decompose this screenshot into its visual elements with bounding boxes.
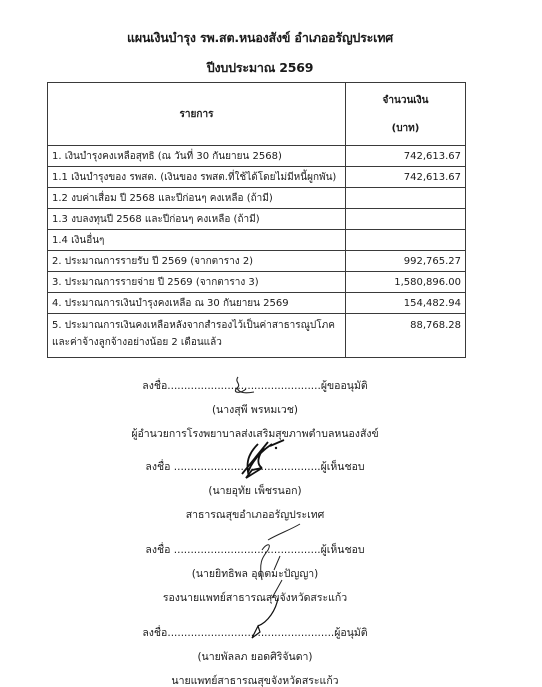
dotted-line: ........................................… (167, 627, 334, 639)
table-header-row: รายการ จำนวนเงิน (บาท) (48, 83, 466, 146)
signer-position: สาธารณสุขอำเภออรัญประเทศ (120, 503, 390, 527)
row-amount: 992,765.27 (346, 251, 466, 272)
signer-position: ผู้อำนวยการโรงพยาบาลส่งเสริมสุขภาพตำบลหน… (120, 422, 390, 446)
signature-line: ลงชื่อ..................................… (120, 621, 390, 645)
row-amount: 1,580,896.00 (346, 272, 466, 293)
header-amount-unit: (บาท) (392, 121, 420, 136)
table-row: 4. ประมาณการเงินบำรุงคงเหลือ ณ 30 กันยาย… (48, 293, 466, 314)
sign-prefix: ลงชื่อ (145, 461, 170, 473)
signature-block-approver: ลงชื่อ..................................… (120, 621, 390, 687)
row-label: 5. ประมาณการเงินคงเหลือหลังจากสำรองไว้เป… (48, 314, 346, 358)
sign-prefix: ลงชื่อ (145, 544, 170, 556)
row-amount: 742,613.67 (346, 167, 466, 188)
header-amount-label: จำนวนเงิน (383, 93, 429, 108)
row-label: 2. ประมาณการรายรับ ปี 2569 (จากตาราง 2) (48, 251, 346, 272)
table-row: 5. ประมาณการเงินคงเหลือหลังจากสำรองไว้เป… (48, 314, 466, 358)
sign-role: ผู้อนุมัติ (334, 627, 367, 639)
signature-line: ลงชื่อ..................................… (120, 374, 390, 398)
sign-role: ผู้ขออนุมัติ (321, 380, 368, 392)
signature-block-endorser-1: ลงชื่อ .................................… (120, 455, 390, 527)
fiscal-year-subtitle: ปีงบประมาณ 2569 (0, 58, 520, 78)
dotted-line: ........................................… (167, 380, 321, 392)
signer-name: (นางสุพี พรหมเวช) (120, 398, 390, 422)
header-amount: จำนวนเงิน (บาท) (346, 83, 466, 146)
header-item: รายการ (48, 83, 346, 146)
row-amount: 88,768.28 (346, 314, 466, 358)
table-row: 1.4 เงินอื่นๆ (48, 230, 466, 251)
row-label: 1.3 งบลงทุนปี 2568 และปีก่อนๆ คงเหลือ (ถ… (48, 209, 346, 230)
signer-name: (นายอุทัย เพ็ชรนอก) (120, 479, 390, 503)
row-amount (346, 230, 466, 251)
document-title: แผนเงินบำรุง รพ.สต.หนองสังข์ อำเภออรัญปร… (0, 28, 520, 48)
dotted-line: ........................................… (174, 461, 321, 473)
signature-block-requester: ลงชื่อ..................................… (120, 374, 390, 446)
signer-name: (นายพัลลภ ยอดศิริจันดา) (120, 645, 390, 669)
sign-role: ผู้เห็นชอบ (321, 461, 365, 473)
sign-prefix: ลงชื่อ (142, 380, 167, 392)
row-amount: 742,613.67 (346, 146, 466, 167)
row-label: 3. ประมาณการรายจ่าย ปี 2569 (จากตาราง 3) (48, 272, 346, 293)
signature-block-endorser-2: ลงชื่อ .................................… (120, 538, 390, 610)
signature-line: ลงชื่อ .................................… (120, 455, 390, 479)
row-label: 1.2 งบค่าเสื่อม ปี 2568 และปีก่อนๆ คงเหล… (48, 188, 346, 209)
row-label: 1.1 เงินบำรุงของ รพสต. (เงินของ รพสต.ที่… (48, 167, 346, 188)
table-row: 1.2 งบค่าเสื่อม ปี 2568 และปีก่อนๆ คงเหล… (48, 188, 466, 209)
signer-position: รองนายแพทย์สาธารณสุขจังหวัดสระแก้ว (120, 586, 390, 610)
header-item-label: รายการ (180, 109, 214, 120)
row-label: 1.4 เงินอื่นๆ (48, 230, 346, 251)
signer-position: นายแพทย์สาธารณสุขจังหวัดสระแก้ว (120, 669, 390, 687)
budget-plan-table: รายการ จำนวนเงิน (บาท) 1. เงินบำรุงคงเหล… (47, 82, 466, 358)
row-label: 1. เงินบำรุงคงเหลือสุทธิ (ณ วันที่ 30 กั… (48, 146, 346, 167)
table-row: 1. เงินบำรุงคงเหลือสุทธิ (ณ วันที่ 30 กั… (48, 146, 466, 167)
dotted-line: ........................................… (174, 544, 321, 556)
table-row: 2. ประมาณการรายรับ ปี 2569 (จากตาราง 2) … (48, 251, 466, 272)
table-row: 3. ประมาณการรายจ่าย ปี 2569 (จากตาราง 3)… (48, 272, 466, 293)
table-row: 1.1 เงินบำรุงของ รพสต. (เงินของ รพสต.ที่… (48, 167, 466, 188)
signature-line: ลงชื่อ .................................… (120, 538, 390, 562)
row-amount (346, 209, 466, 230)
row-label: 4. ประมาณการเงินบำรุงคงเหลือ ณ 30 กันยาย… (48, 293, 346, 314)
row-amount (346, 188, 466, 209)
row-amount: 154,482.94 (346, 293, 466, 314)
sign-role: ผู้เห็นชอบ (321, 544, 365, 556)
signer-name: (นายยิทธิพล อุดตมะปัญญา) (120, 562, 390, 586)
sign-prefix: ลงชื่อ (142, 627, 167, 639)
table-row: 1.3 งบลงทุนปี 2568 และปีก่อนๆ คงเหลือ (ถ… (48, 209, 466, 230)
